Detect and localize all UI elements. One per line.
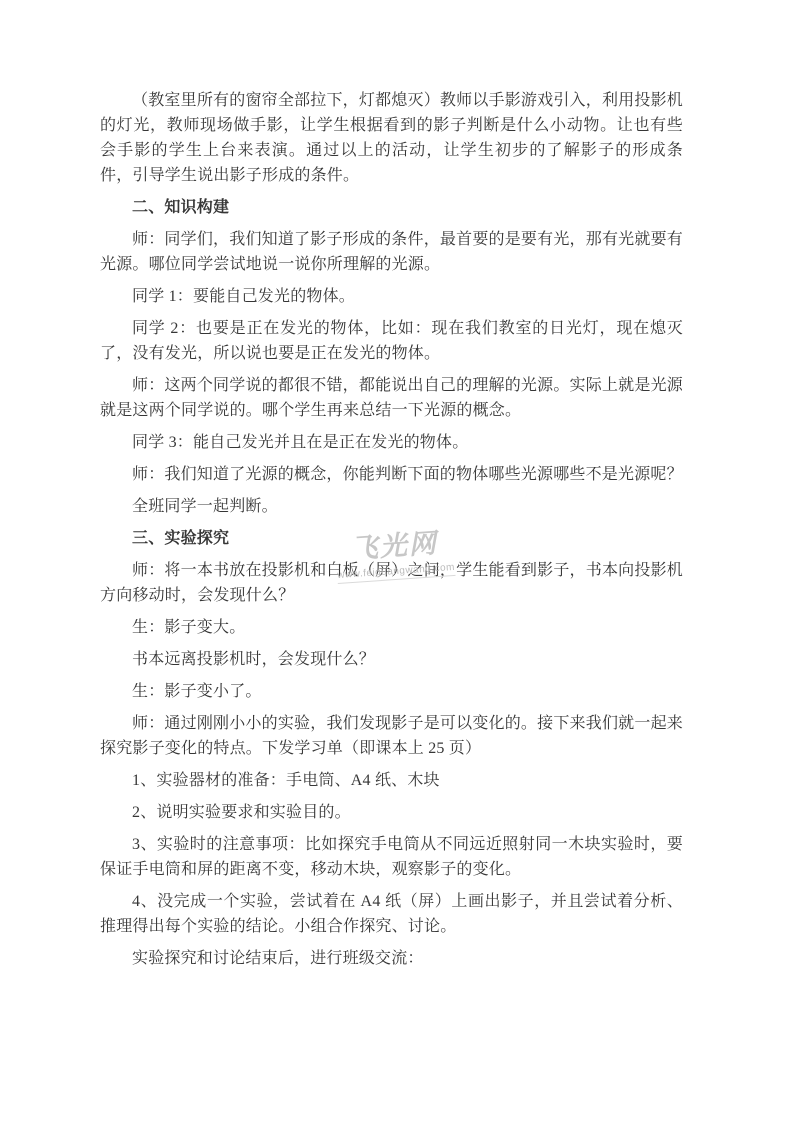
dialog-teacher-projector-demo: 师：将一本书放在投影机和白板（屏）之间，学生能看到影子，书本向投影机方向移动时，… <box>100 558 683 608</box>
dialog-teacher-experiment-intro: 师：通过刚刚小小的实验，我们发现影子是可以变化的。接下来我们就一起来探究影子变化… <box>100 711 683 761</box>
heading-section-3-experiment: 三、实验探究 <box>100 526 683 551</box>
document-content: （教室里所有的窗帘全部拉下，灯都熄灭）教师以手影游戏引入，利用投影机的灯光，教师… <box>100 88 683 978</box>
document-page: （教室里所有的窗帘全部拉下，灯都熄灭）教师以手影游戏引入，利用投影机的灯光，教师… <box>0 0 793 1122</box>
dialog-student-3: 同学 3：能自己发光并且在是正在发光的物体。 <box>100 430 683 455</box>
list-item-1-materials: 1、实验器材的准备：手电筒、A4 纸、木块 <box>100 768 683 793</box>
dialog-student-2: 同学 2：也要是正在发光的物体，比如：现在我们教室的日光灯，现在熄灭了，没有发光… <box>100 316 683 366</box>
list-item-3-notes: 3、实验时的注意事项：比如探究手电筒从不同远近照射同一木块实验时，要保证手电筒和… <box>100 832 683 882</box>
dialog-teacher-light-source: 师：同学们，我们知道了影子形成的条件，最首要的是要有光，那有光就要有光源。哪位同… <box>100 227 683 277</box>
paragraph-class-exchange: 实验探究和讨论结束后，进行班级交流： <box>100 946 683 971</box>
dialog-teacher-judge-question: 师：我们知道了光源的概念，你能判断下面的物体哪些光源哪些不是光源呢？ <box>100 462 683 487</box>
list-item-4-draw-shadow: 4、没完成一个实验，尝试着在 A4 纸（屏）上画出影子，并且尝试着分析、推理得出… <box>100 889 683 939</box>
dialog-student-1: 同学 1：要能自己发光的物体。 <box>100 284 683 309</box>
dialog-teacher-feedback: 师：这两个同学说的都很不错，都能说出自己的理解的光源。实际上就是光源就是这两个同… <box>100 373 683 423</box>
paragraph-class-judgment: 全班同学一起判断。 <box>100 494 683 519</box>
heading-section-2-knowledge: 二、知识构建 <box>100 195 683 220</box>
dialog-student-shadow-smaller: 生：影子变小了。 <box>100 679 683 704</box>
list-item-2-requirements: 2、说明实验要求和实验目的。 <box>100 800 683 825</box>
paragraph-activity-intro: （教室里所有的窗帘全部拉下，灯都熄灭）教师以手影游戏引入，利用投影机的灯光，教师… <box>100 88 683 188</box>
dialog-student-shadow-bigger: 生：影子变大。 <box>100 615 683 640</box>
paragraph-question-move-away: 书本远离投影机时，会发现什么？ <box>100 647 683 672</box>
